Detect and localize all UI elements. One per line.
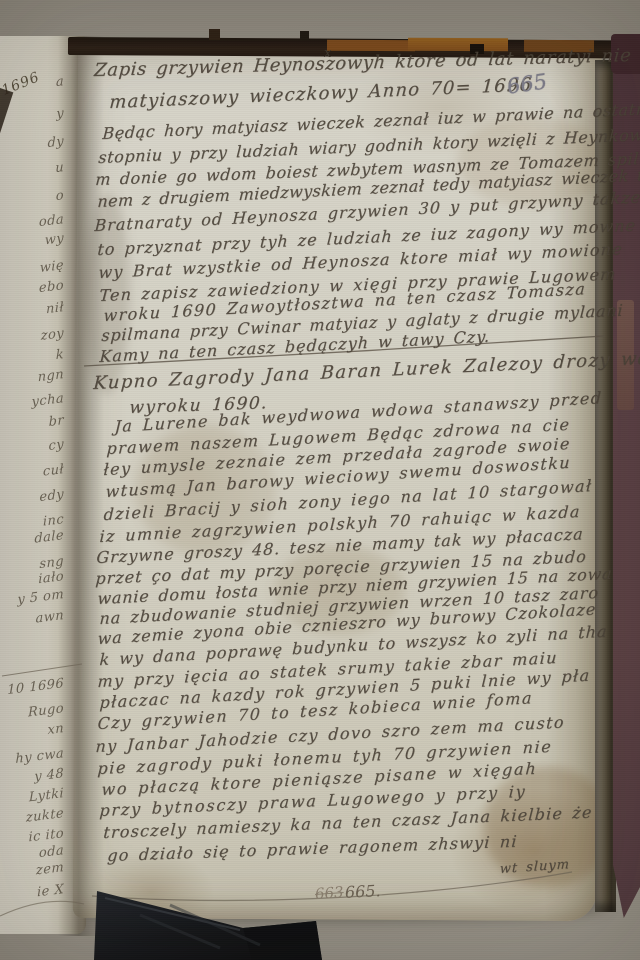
- paper-stain: [457, 116, 608, 207]
- previous-page-fragment: ie X: [0, 882, 64, 905]
- cover-worn-patch: [617, 300, 634, 410]
- previous-page-fragment: xn: [0, 721, 64, 744]
- paper-stain: [135, 424, 276, 555]
- previous-page-fragment: u: [0, 160, 64, 183]
- previous-page-fragment: 10 1696: [0, 676, 64, 699]
- previous-page-fragment: Lytki: [0, 786, 64, 809]
- previous-page-fragment: dy: [0, 134, 64, 157]
- previous-page-fragment: zukte: [0, 806, 64, 829]
- previous-page-fragment: ycha: [0, 391, 64, 414]
- previous-page-fragment: y 48: [0, 766, 64, 789]
- manuscript-page: [73, 44, 602, 921]
- board-leather-patch: [524, 40, 594, 52]
- previous-page-fragment: k: [0, 347, 64, 370]
- book-cover-right-edge: [613, 34, 640, 918]
- previous-page-fragment: wy: [0, 231, 64, 254]
- previous-page-fragment: y: [0, 106, 64, 129]
- manuscript-photo: 1696 aydyuoodawywięeboniłzoykngnychabrcy…: [0, 0, 640, 960]
- previous-page-fragment: awn: [0, 608, 64, 631]
- board-edge-tab: [209, 29, 220, 40]
- previous-page-fragment: edy: [0, 487, 64, 510]
- previous-page-fragment: ebo: [0, 278, 64, 301]
- previous-page-fragment: br: [0, 413, 64, 436]
- board-edge-notch: [470, 44, 484, 54]
- previous-page-fragment: ngn: [0, 367, 64, 390]
- previous-page-fragment: Rugo: [0, 701, 64, 724]
- book-weight-facet: [243, 921, 322, 960]
- cover-top-corner: [611, 34, 640, 74]
- paper-stain: [274, 545, 405, 636]
- previous-page-fragment: hy cwa: [0, 746, 64, 769]
- gutter-shadow: [58, 36, 104, 936]
- previous-page-fragment: wię: [0, 258, 64, 281]
- previous-page-fragment: o: [0, 188, 64, 211]
- previous-page-fragment: nił: [0, 300, 64, 323]
- board-leather-patch: [408, 38, 508, 52]
- board-edge-tab: [300, 31, 309, 40]
- previous-page-fragment: zoy: [0, 326, 64, 349]
- page-stack-fore-edge: [595, 60, 616, 912]
- paper-stain: [483, 766, 614, 887]
- previous-page-fragment: cuł: [0, 462, 64, 485]
- board-leather-patch: [327, 40, 415, 51]
- previous-page-fragment: cy: [0, 437, 64, 460]
